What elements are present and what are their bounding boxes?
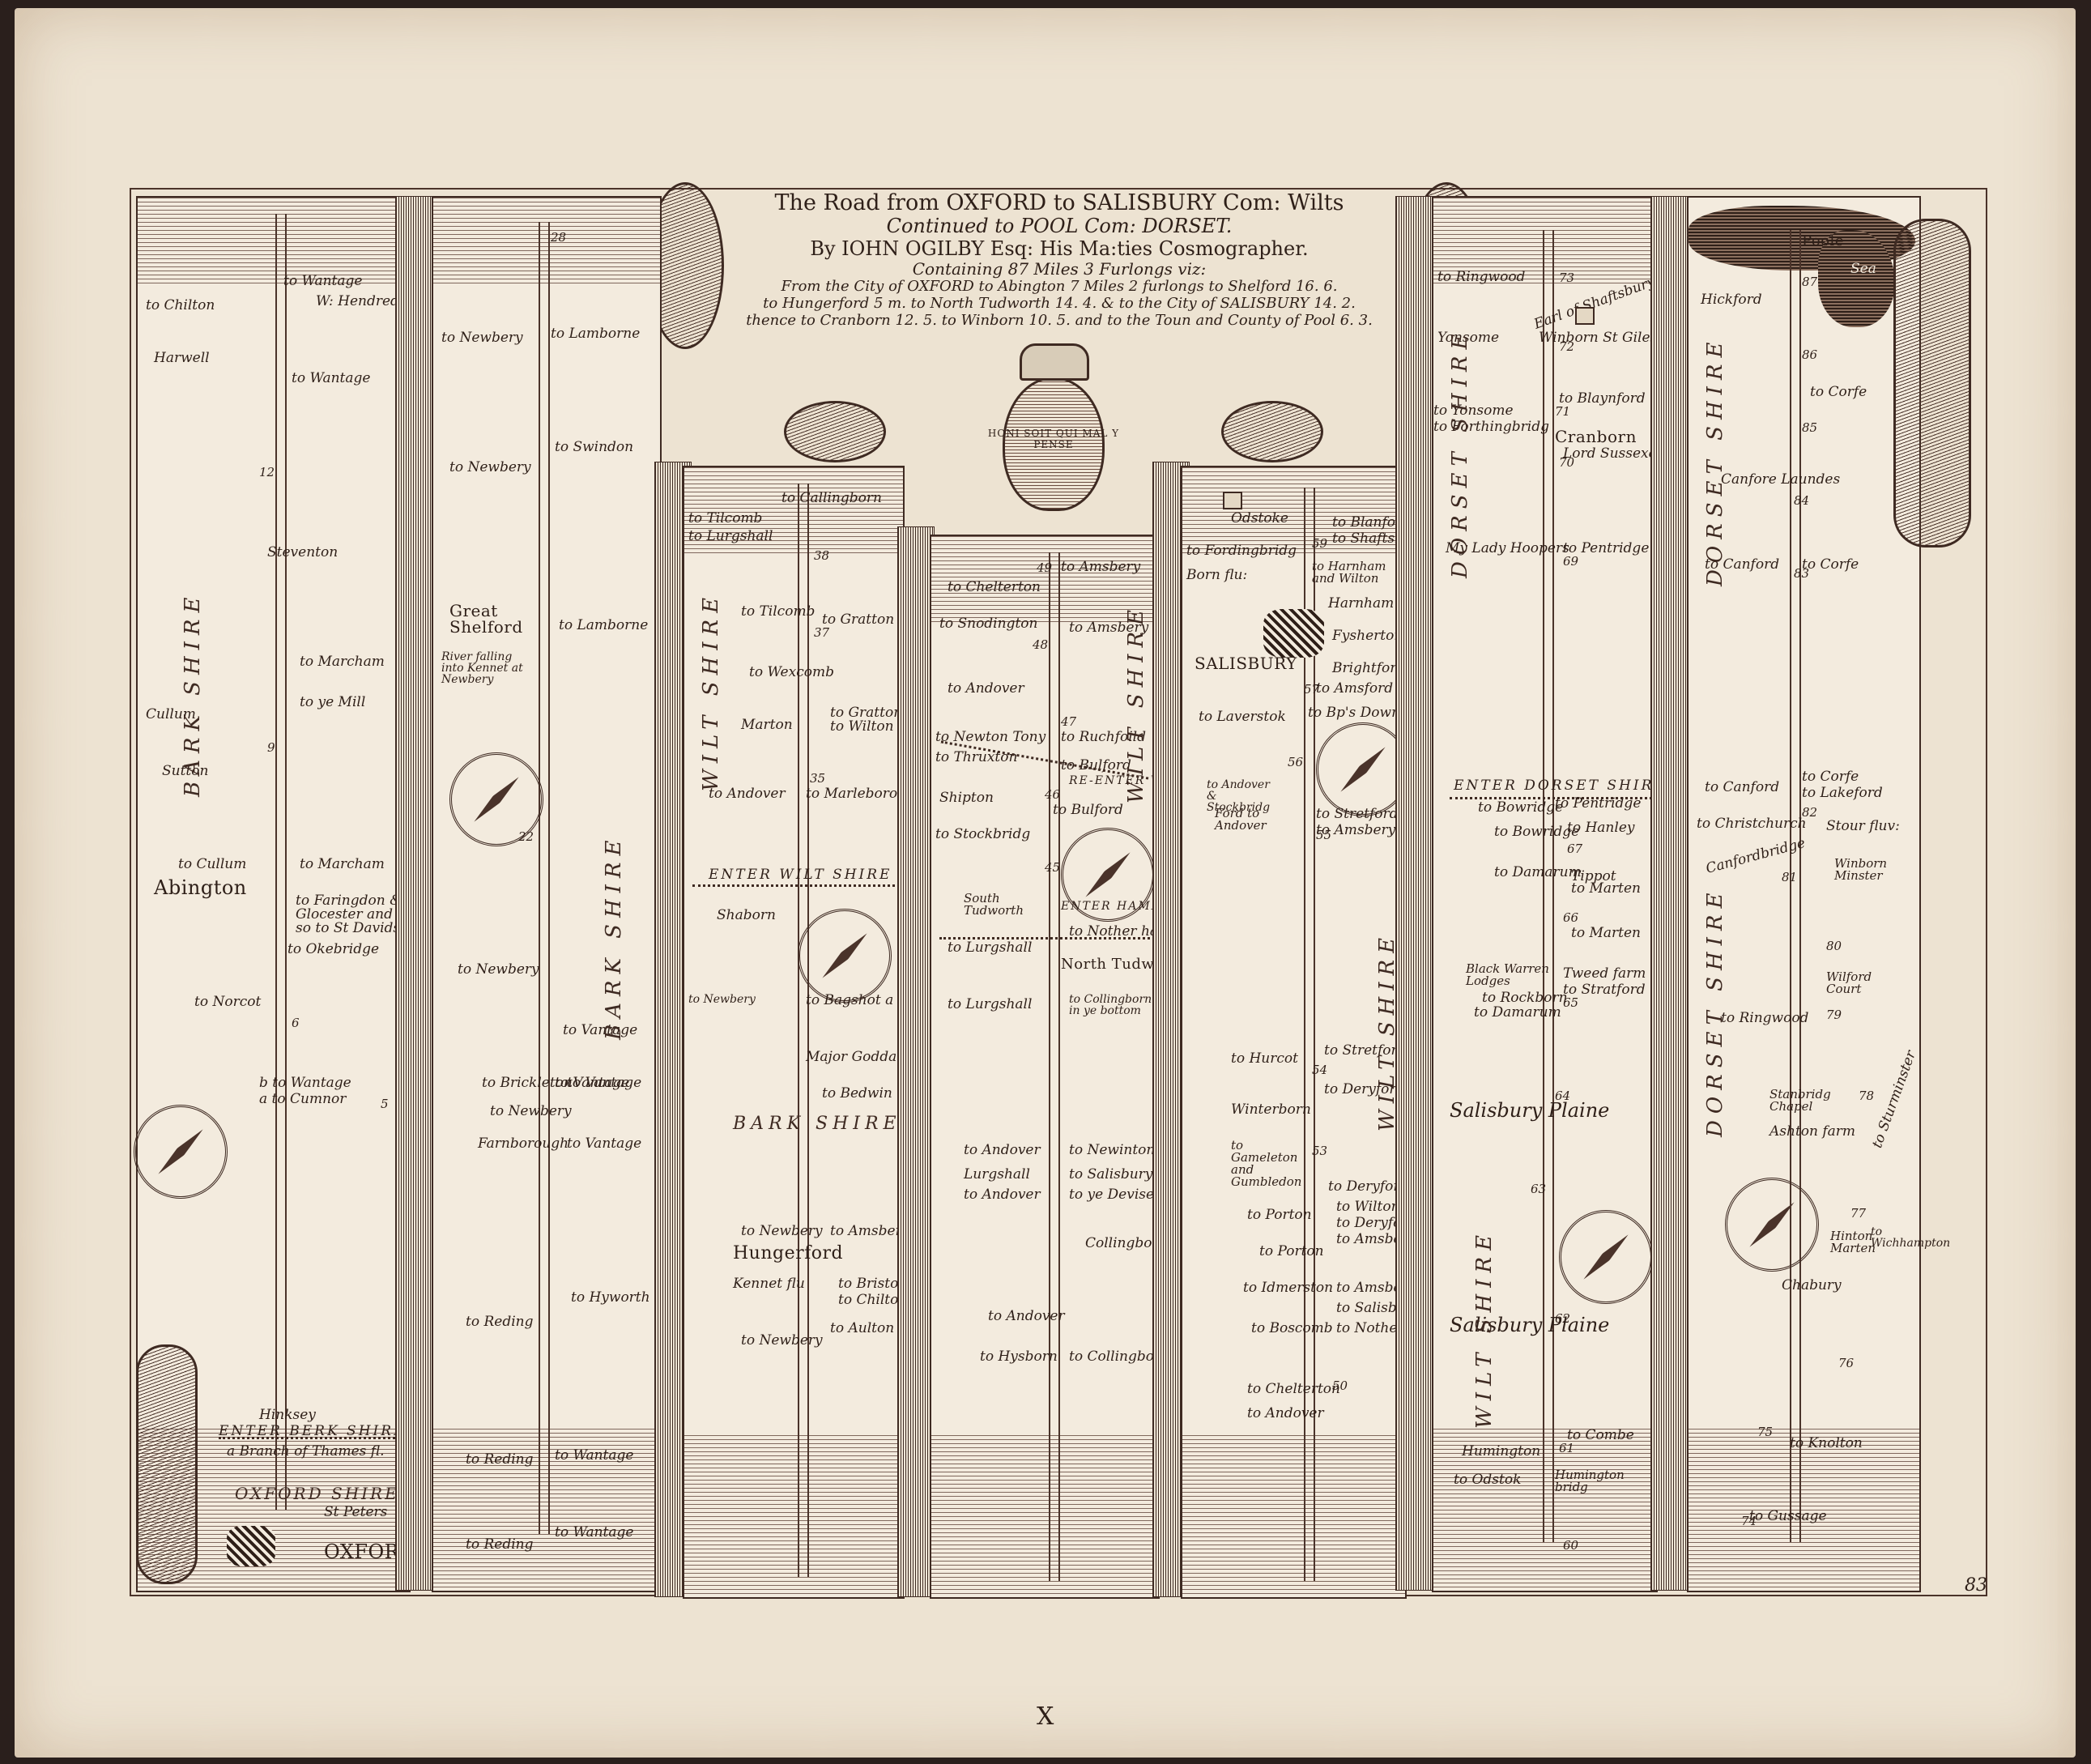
label: to Andover <box>964 1144 1041 1157</box>
decorative-scroll <box>1893 219 1971 548</box>
label: to Christchurch <box>1697 817 1807 831</box>
milestone: 74 <box>1741 1514 1757 1528</box>
town-label: Hinksey <box>259 1408 316 1422</box>
town-cranborn: Cranborn <box>1555 428 1637 445</box>
label: to Reding <box>466 1538 533 1552</box>
road <box>1049 552 1060 1581</box>
town-poole: Poole <box>1802 234 1844 249</box>
label: to Andover <box>988 1310 1065 1323</box>
county-boundary-label: ENTER DORSET SHIRE <box>1454 779 1667 793</box>
label: to Lurgshall <box>688 530 773 543</box>
label: to Wantage <box>555 1526 633 1540</box>
milestone: 87 <box>1802 275 1817 289</box>
label: to Snodington <box>939 617 1037 631</box>
milestone: 48 <box>1033 637 1048 652</box>
strip-roll-bottom <box>931 1435 1158 1597</box>
milestone: 64 <box>1555 1089 1570 1103</box>
label: to Wantage <box>555 1449 633 1463</box>
town-label: W: Hendred <box>316 295 399 309</box>
cartouche-scroll-lower-right <box>1221 401 1323 462</box>
label: to Hyworth <box>571 1291 650 1305</box>
label: to ye Mill <box>300 696 365 709</box>
milestone: 46 <box>1045 787 1060 802</box>
label: to Wantage <box>283 275 362 288</box>
map-sheet: The Road from OXFORD to SALISBURY Com: W… <box>15 8 2076 1758</box>
road <box>275 214 287 1510</box>
county-boundary-label: ENTER WILT SHIRE <box>709 868 892 882</box>
label: to Chelterton <box>1247 1383 1340 1396</box>
label: to Lurgshall <box>948 998 1032 1012</box>
label: to Boscomb <box>1251 1322 1333 1336</box>
county-dorset-shire: DORSET SHIRE <box>1450 328 1471 578</box>
milestone: 61 <box>1559 1441 1574 1455</box>
label: to Callingborn <box>781 492 882 505</box>
milestone: 71 <box>1555 404 1570 419</box>
town-label: Winterborn <box>1231 1103 1311 1117</box>
label: to Gameleton and Gumbledon <box>1231 1140 1312 1188</box>
county-boundary <box>219 1437 405 1439</box>
label: a to Cumnor <box>259 1093 346 1106</box>
label: to Ringwood <box>1437 271 1525 284</box>
fold-mark: X <box>1037 1702 1054 1731</box>
label: to Newbery <box>441 331 523 345</box>
county-oxford-shire: OXFORD SHIRE <box>235 1485 399 1502</box>
compass-rose-icon <box>1559 1210 1653 1304</box>
milestone: 79 <box>1826 1008 1842 1022</box>
title-line-2: Continued to POOL Com: DORSET. <box>711 215 1407 238</box>
title-line-1: The Road from OXFORD to SALISBURY Com: W… <box>711 190 1407 215</box>
label: to Hurcot <box>1231 1052 1298 1066</box>
label: Humington bridg <box>1555 1469 1628 1493</box>
decorative-scroll <box>136 1344 198 1584</box>
label: Ford to Andover <box>1215 807 1288 832</box>
county-bark-shire: BARK SHIRE <box>182 591 203 797</box>
label: to Marcham <box>300 655 385 669</box>
label: to Andover <box>964 1188 1041 1202</box>
page-number: 83 <box>1965 1575 1987 1596</box>
strip-gutter <box>1650 196 1688 1591</box>
title-line-6: to Hungerford 5 m. to North Tudworth 14.… <box>711 296 1407 313</box>
label: to Idmerston <box>1243 1281 1333 1295</box>
town-label: Harwell <box>154 352 210 365</box>
milestone: 65 <box>1563 995 1578 1010</box>
crown-icon <box>1020 343 1089 381</box>
label: to Andover <box>948 682 1024 696</box>
label: to Newbery <box>688 994 756 1005</box>
milestone: 28 <box>551 230 566 245</box>
town-label: Marton <box>741 718 793 732</box>
label: to Lakeford <box>1802 786 1883 800</box>
strip-5: Odstoke to Blanford to Shaftsbury to For… <box>1181 466 1407 1599</box>
road <box>539 222 550 1534</box>
road <box>1790 230 1801 1542</box>
road <box>798 484 809 1577</box>
milestone: 35 <box>810 771 825 786</box>
label: to Reding <box>466 1315 533 1329</box>
label: to Amsbery <box>1061 560 1140 574</box>
label: to Chelterton <box>948 581 1041 594</box>
town-label: Winborn St Giles <box>1539 331 1657 345</box>
label: to Newbery <box>741 1225 823 1238</box>
milestone: 84 <box>1794 493 1809 508</box>
milestone: 49 <box>1037 560 1052 575</box>
milestone: 22 <box>518 829 534 844</box>
label: to Vantage <box>567 1076 641 1090</box>
milestone: 50 <box>1332 1378 1348 1393</box>
cartouche-scroll-lower-left <box>784 401 886 462</box>
label: to Canford <box>1705 781 1779 795</box>
compass-rose-icon <box>134 1105 228 1199</box>
town-label: Black Warren Lodges <box>1466 963 1555 987</box>
milestone: 85 <box>1802 420 1817 435</box>
church-icon <box>1575 307 1595 325</box>
milestone: 59 <box>1312 536 1327 551</box>
town-label: Harnham <box>1328 597 1394 611</box>
label: to Lurgshall <box>948 941 1032 955</box>
label: to Vantage <box>567 1137 641 1151</box>
label: to Bulford <box>1053 803 1123 817</box>
town-label: Chabury <box>1782 1279 1842 1293</box>
town-label: Stanbridg Chapel <box>1769 1089 1842 1113</box>
county-wilt-shire: WILT SHIRE <box>1474 1229 1495 1429</box>
label: to Bedwin <box>822 1087 892 1101</box>
compass-rose-icon <box>798 909 892 1003</box>
town-label: St Peters <box>324 1506 387 1519</box>
city-salisbury-icon <box>1263 609 1324 658</box>
label: b to Wantage <box>259 1076 351 1090</box>
label: to Combe <box>1567 1429 1634 1442</box>
milestone: 69 <box>1563 554 1578 569</box>
town-label: Winborn Minster <box>1834 858 1907 882</box>
label: to Cullum <box>178 858 246 871</box>
milestone: 83 <box>1794 566 1809 581</box>
strip-gutter <box>395 196 432 1591</box>
town-label: Shipton <box>939 791 994 805</box>
strip-7: Poole Sea Hickford to Corfe Canfore Laun… <box>1687 196 1921 1592</box>
label: to Marleborow <box>806 787 909 801</box>
label: to Wilton <box>1336 1200 1400 1214</box>
label: to Newinton <box>1069 1144 1155 1157</box>
label: to Vantage <box>563 1024 637 1038</box>
label: to Blaynford <box>1559 392 1646 406</box>
label: to Hanley <box>1567 821 1634 835</box>
label: to Wexcomb <box>749 666 834 680</box>
milestone: 47 <box>1061 714 1076 729</box>
label: to Rockborn <box>1482 991 1568 1005</box>
milestone: 54 <box>1312 1063 1327 1077</box>
label: to Collingborn in ye bottom <box>1069 994 1158 1016</box>
milestone: 12 <box>259 465 275 479</box>
strip-roll-top <box>138 198 409 287</box>
milestone: 81 <box>1782 870 1797 884</box>
town-label: Hickford <box>1701 293 1762 307</box>
county-boundary <box>692 884 895 887</box>
town-label: Lord Sussexes <box>1563 447 1663 461</box>
label: to Knolton <box>1790 1437 1863 1451</box>
label: to Lamborne <box>551 327 640 341</box>
compass-rose-icon <box>1725 1178 1819 1272</box>
label: to Gratton <box>822 613 894 627</box>
county-wilt-shire: WILT SHIRE <box>1126 603 1147 803</box>
title-line-5: From the City of OXFORD to Abington 7 Mi… <box>711 279 1407 296</box>
label: to Newbery <box>741 1334 823 1348</box>
label: to Aulton <box>830 1322 894 1336</box>
county-dorset-shire: DORSET SHIRE <box>1705 336 1726 586</box>
milestone: 55 <box>1316 828 1331 842</box>
label: to Stretford <box>1316 807 1399 821</box>
town-label: Fysherton <box>1332 629 1403 643</box>
label: to Swindon <box>555 441 633 454</box>
label: to Fordingbridg <box>1186 544 1297 558</box>
city-oxford-icon <box>227 1526 275 1566</box>
label: to Porton <box>1247 1208 1312 1222</box>
county-dorset-shire: DORSET SHIRE <box>1705 887 1726 1137</box>
milestone: 6 <box>292 1016 300 1030</box>
label: to Pentridge <box>1555 797 1641 811</box>
town-label: Steventon <box>267 546 338 560</box>
county-bark-shire: BARK SHIRE <box>733 1115 901 1133</box>
milestone: 62 <box>1555 1311 1570 1326</box>
title-line-4: Containing 87 Miles 3 Furlongs viz: <box>711 260 1407 279</box>
strip-6: to Ringwood Earl of Shaftsbury's Winborn… <box>1432 196 1658 1592</box>
title-text: The Road from OXFORD to SALISBURY Com: W… <box>711 190 1407 329</box>
label: to Stockbridg <box>935 828 1030 842</box>
label: to Marten <box>1571 882 1641 896</box>
label: Born flu: <box>1186 569 1247 582</box>
church-icon <box>1223 492 1242 509</box>
label: to Damarum <box>1494 866 1582 880</box>
strip-roll-bottom <box>684 1435 903 1597</box>
milestone: 66 <box>1563 910 1578 925</box>
milestone: 38 <box>814 548 829 563</box>
label: to Yonsome <box>1433 404 1514 418</box>
label: to Corfe <box>1810 386 1867 399</box>
label: a Branch of Thames fl. <box>227 1445 385 1459</box>
label: to Andover <box>1247 1407 1324 1421</box>
label: to Gussage <box>1749 1510 1827 1523</box>
milestone: 9 <box>267 740 275 755</box>
milestone: 77 <box>1850 1206 1866 1221</box>
label: Kennet flu <box>733 1277 805 1291</box>
milestone: 76 <box>1838 1356 1854 1370</box>
milestone: 78 <box>1859 1089 1874 1103</box>
label: to Lamborne <box>559 619 648 633</box>
label: to Newbery <box>449 461 531 475</box>
town-salisbury: SALISBURY <box>1195 655 1297 671</box>
label: to Newbery <box>458 963 539 977</box>
label: to Porton <box>1259 1245 1324 1259</box>
county-bark-shire: BARK SHIRE <box>603 834 624 1040</box>
milestone: 80 <box>1826 939 1842 953</box>
label: to Newbery <box>490 1105 572 1118</box>
label: to Sturminster <box>1871 1049 1919 1149</box>
label: to Wantage <box>292 372 370 386</box>
label: to Norcot <box>194 995 261 1009</box>
town-label: Wilford Court <box>1826 971 1899 995</box>
strip-roll-bottom <box>1182 1435 1405 1597</box>
label: Stour fluv: <box>1826 820 1900 833</box>
label: to Odstok <box>1454 1473 1521 1487</box>
region-label: Salisbury Plaine <box>1450 1101 1609 1120</box>
town-label: Farnborough <box>478 1137 569 1151</box>
town-label: Odstoke <box>1231 512 1288 526</box>
milestone: 57 <box>1304 682 1319 697</box>
label: to Ringwood <box>1721 1012 1808 1025</box>
milestone: 53 <box>1312 1144 1327 1158</box>
label: to Corfe <box>1802 558 1859 572</box>
milestone: 75 <box>1757 1425 1773 1439</box>
label: to Laverstok <box>1199 710 1286 724</box>
label: River falling into Kennet at Newbery <box>441 651 530 685</box>
strip-3: to Tilcomb to Callingborn to Lurgshall t… <box>683 466 905 1599</box>
label: to Brickleton <box>482 1076 573 1090</box>
label: to Corfe <box>1802 770 1859 784</box>
title-line-7: thence to Cranborn 12. 5. to Winborn 10.… <box>711 313 1407 330</box>
strip-gutter <box>1395 196 1433 1591</box>
town-great-shelford: Great Shelford <box>449 603 530 635</box>
label: to Okebridge <box>287 943 379 957</box>
town-label: Canfore Laundes <box>1721 473 1840 487</box>
label: to Tilcomb <box>688 512 762 526</box>
town-label: Tweed farm <box>1563 967 1646 981</box>
label: to Chilton <box>146 299 215 313</box>
town-hungerford: Hungerford <box>733 1245 843 1263</box>
milestone: 5 <box>381 1097 389 1111</box>
label: to Salisbury <box>1069 1168 1152 1182</box>
label: to Marten <box>1571 927 1641 940</box>
milestone: 73 <box>1559 271 1574 285</box>
milestone: 67 <box>1567 842 1582 856</box>
milestone: 72 <box>1559 339 1574 354</box>
town-label: Humington <box>1462 1445 1540 1459</box>
town-label: Brightford <box>1332 662 1405 675</box>
milestone: 56 <box>1288 755 1303 769</box>
label: to Reding <box>466 1453 533 1467</box>
royal-arms-icon: HONI SOIT QUI MAL Y PENSE <box>1003 377 1105 511</box>
milestone: 37 <box>814 625 829 640</box>
strip-2: to Newbery to Lamborne to Newbery to Swi… <box>432 196 662 1592</box>
title-line-3: By IOHN OGILBY Esq: His Ma:ties Cosmogra… <box>711 238 1407 261</box>
milestone: 86 <box>1802 347 1817 362</box>
label: to Faringdon & Glocester and so to St Da… <box>296 894 409 935</box>
town-label: Lurgshall <box>964 1168 1030 1182</box>
milestone: 70 <box>1559 455 1574 470</box>
label: to Harnham and Wilton <box>1312 560 1401 585</box>
county-wilt-shire: WILT SHIRE <box>701 591 722 791</box>
town-abington: Abington <box>154 878 247 897</box>
label: to ye Devises <box>1069 1188 1161 1202</box>
town-label: Shaborn <box>717 909 776 922</box>
sea-label: Sea <box>1850 262 1876 276</box>
label: to Wichhampton <box>1871 1226 1919 1249</box>
strip-4: to Amsbery to Chelterton to Snodington t… <box>930 535 1160 1599</box>
label: to Damarum <box>1474 1006 1561 1020</box>
town-label: South Tudworth <box>964 893 1037 917</box>
garter-motto: HONI SOIT QUI MAL Y PENSE <box>981 428 1126 450</box>
town-label: Ashton farm <box>1769 1125 1855 1139</box>
label: to Marcham <box>300 858 385 871</box>
label: to Hysborn <box>980 1350 1058 1364</box>
milestone: 45 <box>1045 860 1060 875</box>
label: to Tilcomb <box>741 605 815 619</box>
milestone: 63 <box>1531 1182 1546 1196</box>
label: to Bowridge <box>1478 801 1563 815</box>
milestone: 60 <box>1563 1538 1578 1553</box>
milestone: 82 <box>1802 805 1817 820</box>
label: to Amsford <box>1316 682 1393 696</box>
